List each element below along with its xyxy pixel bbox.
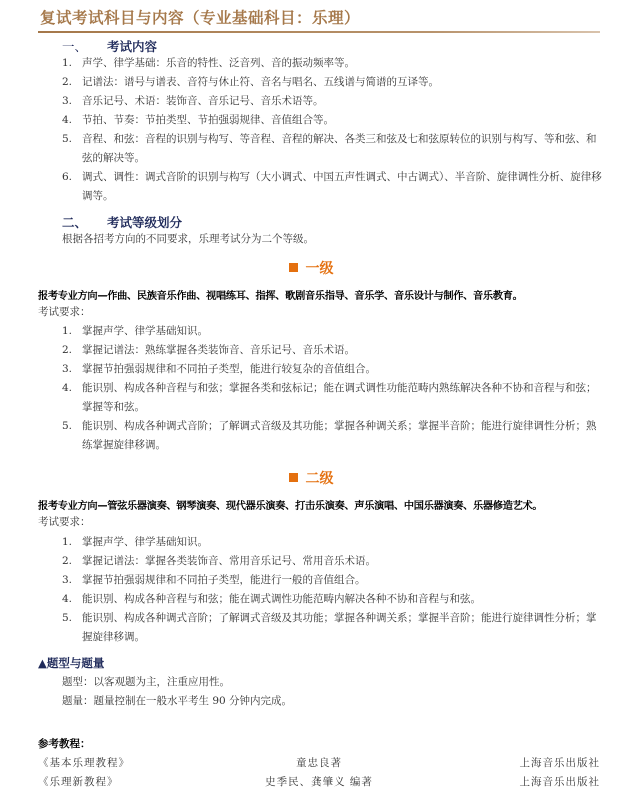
level2-majors: 报考专业方向—管弦乐器演奏、钢琴演奏、现代器乐演奏、打击乐演奏、声乐演唱、中国乐… xyxy=(38,497,608,512)
item-text: 记谱法：谱号与谱表、音符与休止符、音名与唱名、五线谱与简谱的互译等。 xyxy=(82,73,602,92)
item-text: 节拍、节奏：节拍类型、节拍强弱规律、音值组合等。 xyxy=(82,111,602,130)
list-item: 3.掌握节拍强弱规律和不同拍子类型，能进行一般的音值组合。 xyxy=(62,571,602,590)
reference-row: 《基本乐理教程》 童忠良著 上海音乐出版社 xyxy=(38,755,600,773)
list-item: 2.掌握记谱法：掌握各类装饰音、常用音乐记号、常用音乐术语。 xyxy=(62,552,602,571)
item-number: 4. xyxy=(62,111,82,130)
list-item: 2.记谱法：谱号与谱表、音符与休止符、音名与唱名、五线谱与简谱的互译等。 xyxy=(62,73,602,92)
item-number: 5. xyxy=(62,130,82,168)
item-text: 声学、律学基础：乐音的特性、泛音列、音的振动频率等。 xyxy=(82,54,602,73)
square-bullet-icon xyxy=(289,263,298,272)
item-number: 1. xyxy=(62,533,82,552)
list-item: 1.声学、律学基础：乐音的特性、泛音列、音的振动频率等。 xyxy=(62,54,602,73)
item-text: 掌握声学、律学基础知识。 xyxy=(82,322,602,341)
level1-heading-text: 一级 xyxy=(306,261,334,277)
section-number: 一、 xyxy=(62,37,107,55)
item-text: 能识别、构成各种音程与和弦；掌握各类和弦标记；能在调式调性功能范畴内熟练解决各种… xyxy=(82,379,602,417)
item-text: 音乐记号、术语：装饰音、音乐记号、音乐术语等。 xyxy=(82,92,602,111)
item-text: 掌握节拍强弱规律和不同拍子类型，能进行较复杂的音值组合。 xyxy=(82,360,602,379)
item-number: 5. xyxy=(62,609,82,647)
item-text: 掌握记谱法：掌握各类装饰音、常用音乐记号、常用音乐术语。 xyxy=(82,552,602,571)
reference-row: 《乐理新教程》 史季民、龚肇义 编著 上海音乐出版社 xyxy=(38,774,600,792)
item-text: 能识别、构成各种调式音阶；了解调式音级及其功能；掌握各种调关系；掌握半音阶；能进… xyxy=(82,417,602,455)
list-item: 1.掌握声学、律学基础知识。 xyxy=(62,533,602,552)
title-divider xyxy=(38,31,600,33)
list-item: 1.掌握声学、律学基础知识。 xyxy=(62,322,602,341)
item-text: 掌握声学、律学基础知识。 xyxy=(82,533,602,552)
section-heading-text: 考试内容 xyxy=(107,39,157,54)
item-text: 音程、和弦：音程的识别与构写、等音程、音程的解决、各类三和弦及七和弦原转位的识别… xyxy=(82,130,602,168)
levels-intro: 根据各招考方向的不同要求，乐理考试分为二个等级。 xyxy=(62,230,314,249)
item-text: 调式、调性：调式音阶的识别与构写（大小调式、中国五声性调式、中古调式）、半音阶、… xyxy=(82,168,602,206)
list-item: 5.能识别、构成各种调式音阶；了解调式音级及其功能；掌握各种调关系；掌握半音阶；… xyxy=(62,417,602,455)
item-number: 6. xyxy=(62,168,82,206)
item-number: 5. xyxy=(62,417,82,455)
exam-content-list: 1.声学、律学基础：乐音的特性、泛音列、音的振动频率等。 2.记谱法：谱号与谱表… xyxy=(62,54,602,206)
section-heading-exam-content: 一、考试内容 xyxy=(62,37,157,55)
item-text: 掌握记谱法：熟练掌握各类装饰音、音乐记号、音乐术语。 xyxy=(82,341,602,360)
list-item: 4.节拍、节奏：节拍类型、节拍强弱规律、音值组合等。 xyxy=(62,111,602,130)
level2-heading-text: 二级 xyxy=(306,471,334,487)
item-number: 2. xyxy=(62,341,82,360)
level2-heading: 二级 xyxy=(0,468,622,488)
level1-req-label: 考试要求： xyxy=(38,303,91,322)
level1-heading: 一级 xyxy=(0,258,622,278)
section-heading-levels: 二、考试等级划分 xyxy=(62,213,182,231)
item-number: 3. xyxy=(62,360,82,379)
square-bullet-icon xyxy=(289,473,298,482)
list-item: 3.掌握节拍强弱规律和不同拍子类型，能进行较复杂的音值组合。 xyxy=(62,360,602,379)
item-number: 3. xyxy=(62,571,82,590)
item-number: 2. xyxy=(62,73,82,92)
item-text: 能识别、构成各种音程与和弦；能在调式调性功能范畴内解决各种不协和音程与和弦。 xyxy=(82,590,602,609)
level2-requirements-list: 1.掌握声学、律学基础知识。 2.掌握记谱法：掌握各类装饰音、常用音乐记号、常用… xyxy=(62,533,602,647)
list-item: 3.音乐记号、术语：装饰音、音乐记号、音乐术语等。 xyxy=(62,92,602,111)
page-title: 复试考试科目与内容（专业基础科目：乐理） xyxy=(40,6,360,28)
level1-requirements-list: 1.掌握声学、律学基础知识。 2.掌握记谱法：熟练掌握各类装饰音、音乐记号、音乐… xyxy=(62,322,602,455)
references-heading: 参考教程： xyxy=(38,736,91,751)
question-type-line: 题型：以客观题为主，注重应用性。 xyxy=(62,673,230,692)
item-text: 能识别、构成各种调式音阶；了解调式音级及其功能；掌握各种调关系；掌握半音阶；能进… xyxy=(82,609,602,647)
list-item: 4.能识别、构成各种音程与和弦；能在调式调性功能范畴内解决各种不协和音程与和弦。 xyxy=(62,590,602,609)
reference-author: 童忠良著 xyxy=(38,755,600,770)
reference-publisher: 上海音乐出版社 xyxy=(520,774,601,789)
question-volume-line: 题量：题量控制在一般水平考生 90 分钟内完成。 xyxy=(62,692,292,711)
list-item: 4.能识别、构成各种音程与和弦；掌握各类和弦标记；能在调式调性功能范畴内熟练解决… xyxy=(62,379,602,417)
reference-publisher: 上海音乐出版社 xyxy=(520,755,601,770)
list-item: 5.音程、和弦：音程的识别与构写、等音程、音程的解决、各类三和弦及七和弦原转位的… xyxy=(62,130,602,168)
item-number: 1. xyxy=(62,322,82,341)
item-number: 3. xyxy=(62,92,82,111)
section-heading-text: 考试等级划分 xyxy=(107,215,182,230)
level2-req-label: 考试要求： xyxy=(38,513,91,532)
item-number: 2. xyxy=(62,552,82,571)
section-number: 二、 xyxy=(62,213,107,231)
list-item: 2.掌握记谱法：熟练掌握各类装饰音、音乐记号、音乐术语。 xyxy=(62,341,602,360)
list-item: 5.能识别、构成各种调式音阶；了解调式音级及其功能；掌握各种调关系；掌握半音阶；… xyxy=(62,609,602,647)
reference-author: 史季民、龚肇义 编著 xyxy=(38,774,600,789)
item-number: 4. xyxy=(62,590,82,609)
level1-majors: 报考专业方向—作曲、民族音乐作曲、视唱练耳、指挥、歌剧音乐指导、音乐学、音乐设计… xyxy=(38,287,608,302)
item-text: 掌握节拍强弱规律和不同拍子类型，能进行一般的音值组合。 xyxy=(82,571,602,590)
list-item: 6.调式、调性：调式音阶的识别与构写（大小调式、中国五声性调式、中古调式）、半音… xyxy=(62,168,602,206)
item-number: 1. xyxy=(62,54,82,73)
item-number: 4. xyxy=(62,379,82,417)
question-types-heading: ▲题型与题量 xyxy=(38,655,104,671)
